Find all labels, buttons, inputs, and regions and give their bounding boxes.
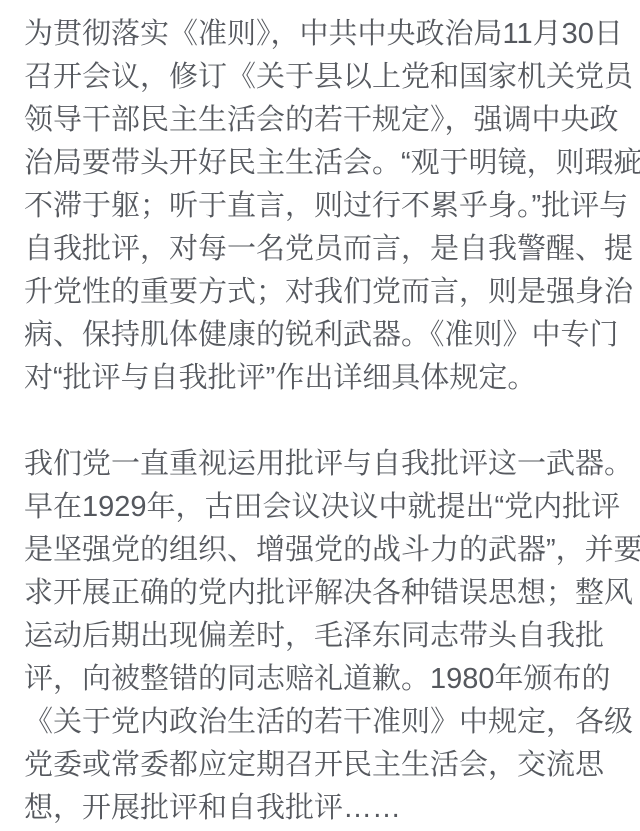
- text-line: 升党性的重要方式；对我们党而言，则是强身治: [24, 271, 618, 314]
- paragraph-1: 为贯彻落实《准则》，中共中央政治局11月30日召开会议，修订《关于县以上党和国家…: [24, 13, 618, 400]
- paragraph-2: 我们党一直重视运用批评与自我批评这一武器。早在1929年，古田会议决议中就提出“…: [24, 443, 618, 830]
- text-line: 召开会议，修订《关于县以上党和国家机关党员: [24, 56, 618, 99]
- text-line: 自我批评，对每一名党员而言，是自我警醒、提: [24, 228, 618, 271]
- text-line: 评，向被整错的同志赔礼道歉。1980年颁布的: [24, 658, 618, 701]
- article-body: 为贯彻落实《准则》，中共中央政治局11月30日召开会议，修订《关于县以上党和国家…: [0, 0, 640, 830]
- text-line: 求开展正确的党内批评解决各种错误思想；整风: [24, 572, 618, 615]
- text-line: 病、保持肌体健康的锐利武器。《准则》中专门: [24, 314, 618, 357]
- text-line: 领导干部民主生活会的若干规定》，强调中央政: [24, 99, 618, 142]
- text-line: 治局要带头开好民主生活会。“观于明镜，则瑕疵: [24, 142, 618, 185]
- text-line: 是坚强党的组织、增强党的战斗力的武器”，并要: [24, 529, 618, 572]
- text-line: 对“批评与自我批评”作出详细具体规定。: [24, 357, 618, 400]
- text-line: 《关于党内政治生活的若干准则》中规定，各级: [24, 701, 618, 744]
- article-page: 为贯彻落实《准则》，中共中央政治局11月30日召开会议，修订《关于县以上党和国家…: [0, 0, 640, 831]
- text-line: 运动后期出现偏差时，毛泽东同志带头自我批: [24, 615, 618, 658]
- text-line: 早在1929年，古田会议决议中就提出“党内批评: [24, 486, 618, 529]
- text-line: 我们党一直重视运用批评与自我批评这一武器。: [24, 443, 618, 486]
- text-line: 为贯彻落实《准则》，中共中央政治局11月30日: [24, 13, 618, 56]
- text-line: 想，开展批评和自我批评……: [24, 787, 618, 830]
- text-line: 不滞于躯；听于直言，则过行不累乎身。”批评与: [24, 185, 618, 228]
- text-line: 党委或常委都应定期召开民主生活会，交流思: [24, 744, 618, 787]
